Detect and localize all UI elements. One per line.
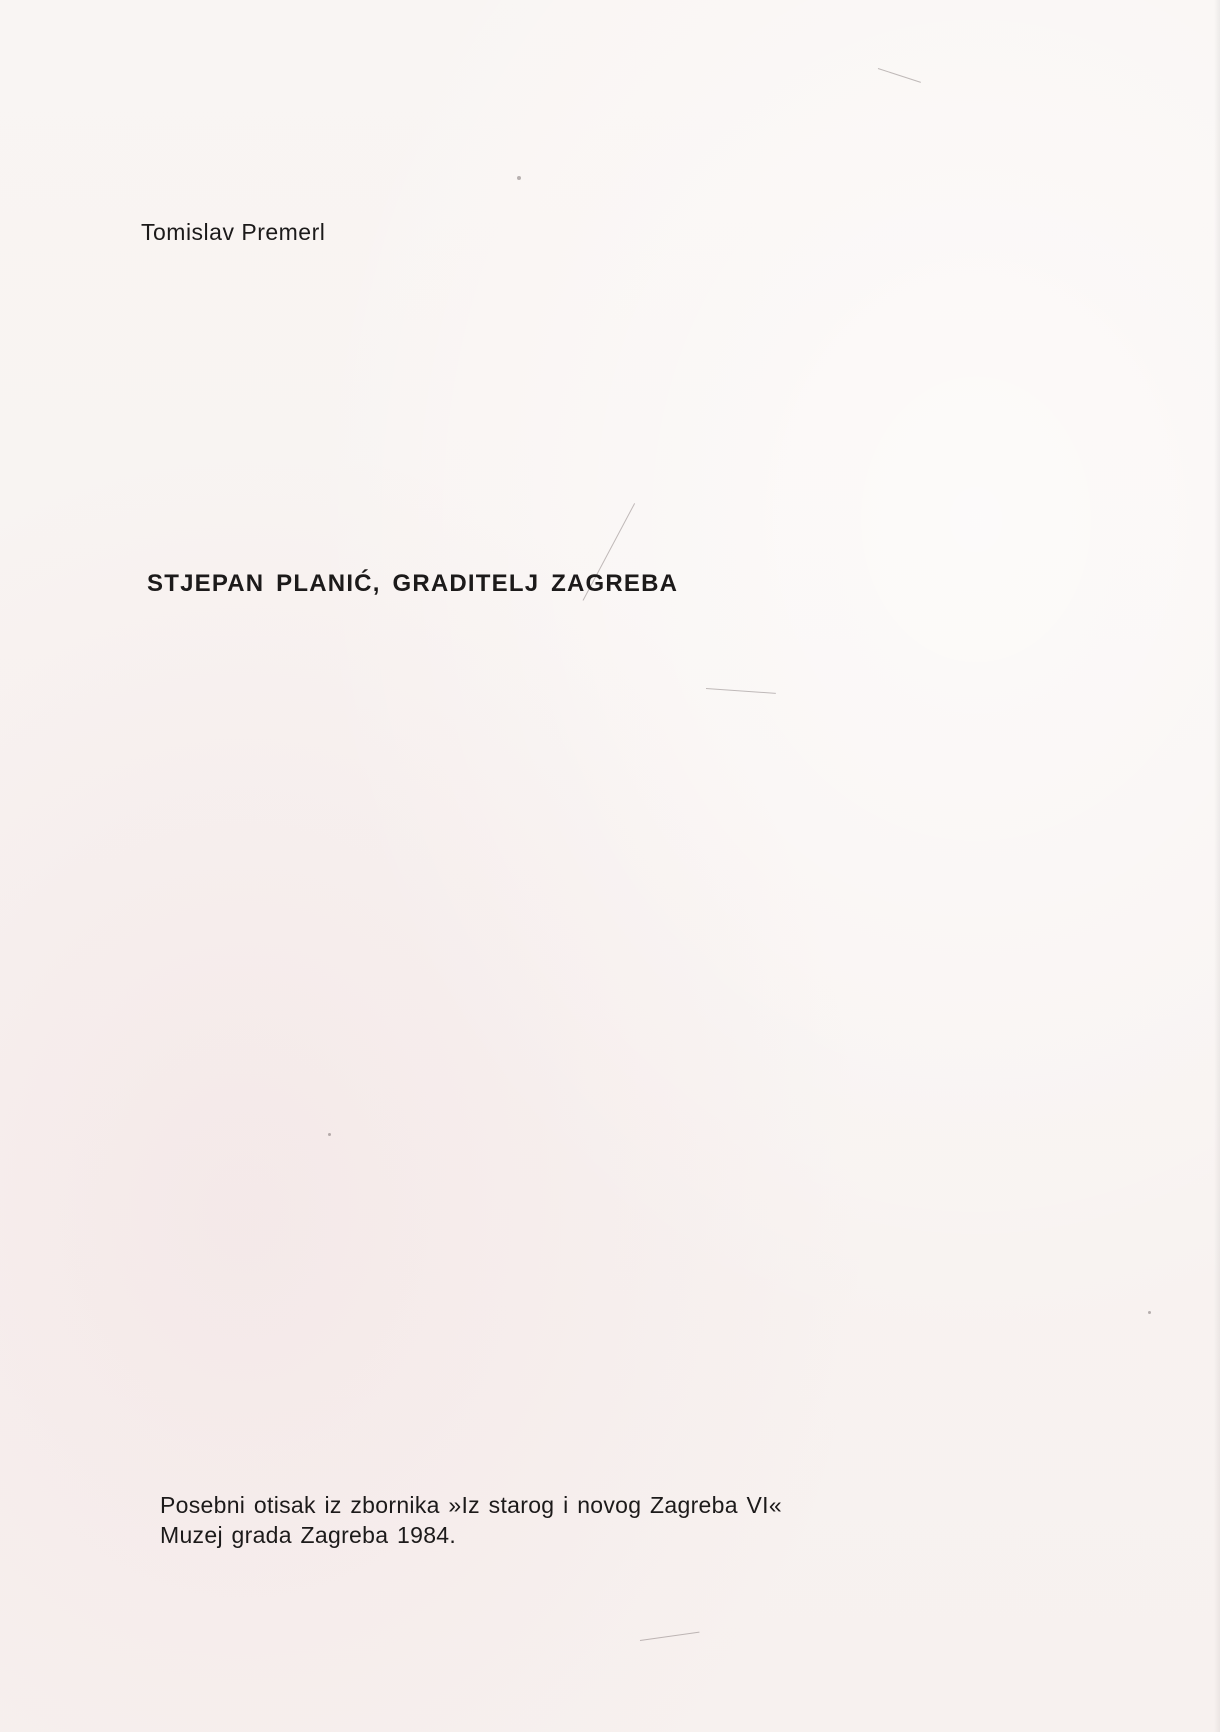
scan-scratch xyxy=(640,1632,700,1641)
scan-scratch xyxy=(706,688,776,694)
document-title: STJEPAN PLANIĆ, GRADITELJ ZAGREBA xyxy=(147,570,678,598)
scan-speck xyxy=(517,176,521,180)
page-edge-shadow xyxy=(1214,0,1220,1732)
scan-speck xyxy=(1148,1311,1151,1314)
publication-line: Posebni otisak iz zbornika »Iz starog i … xyxy=(160,1490,782,1520)
publication-line: Muzej grada Zagreba 1984. xyxy=(160,1520,782,1550)
author-name: Tomislav Premerl xyxy=(141,219,325,246)
publication-info: Posebni otisak iz zbornika »Iz starog i … xyxy=(160,1490,782,1550)
document-page: Tomislav Premerl STJEPAN PLANIĆ, GRADITE… xyxy=(0,0,1220,1732)
scan-speck xyxy=(328,1133,331,1136)
scan-scratch xyxy=(878,68,921,83)
